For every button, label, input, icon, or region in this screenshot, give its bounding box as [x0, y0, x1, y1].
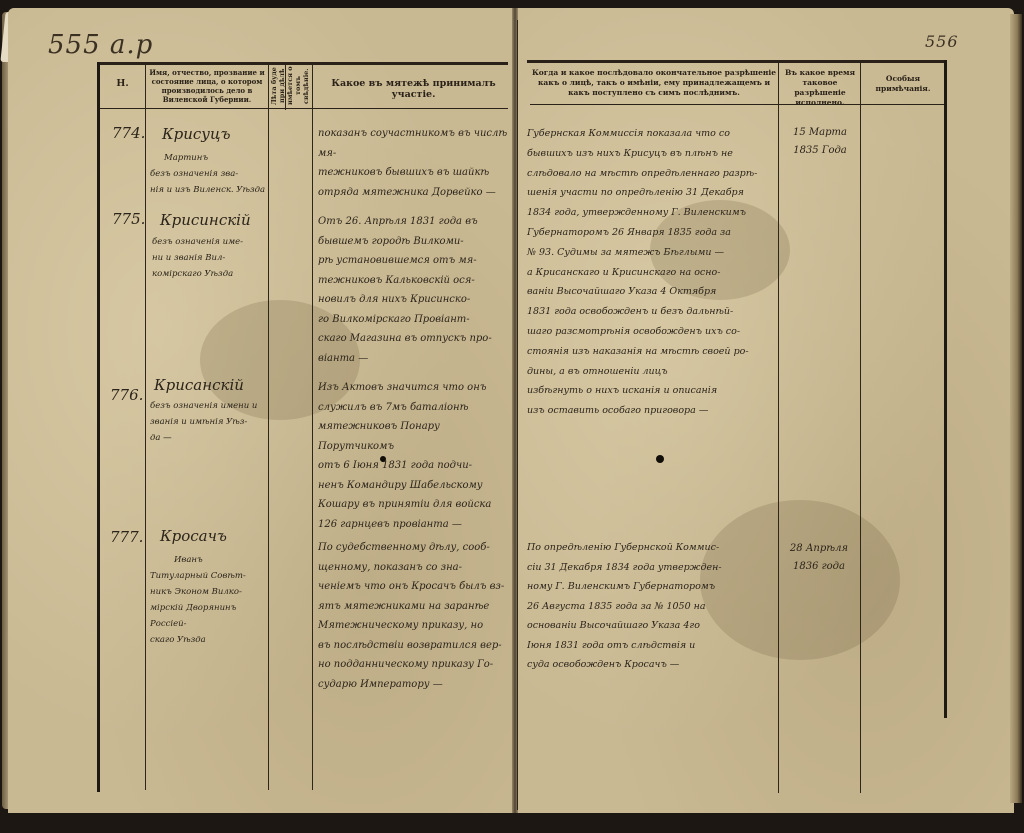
detail-line: званія и имѣнія Уѣз- [150, 414, 268, 430]
entry-name: Крисуцъ [162, 124, 230, 144]
header-resolution: Когда и какое послѣдовало окончательное … [530, 68, 778, 98]
text-line: Кошару въ принятіи для войска [318, 495, 513, 515]
folio-number-right: 556 [925, 32, 959, 51]
text-line: избѣгнуть о нихъ исканія и описанія [527, 381, 777, 401]
text-line: Мятежническому приказу, но [318, 616, 513, 636]
entry-participation: Отъ 26. Апрѣля 1831 года въ бывшемъ горо… [318, 212, 513, 368]
text-line: 26 Августа 1835 года за № 1050 на [527, 597, 777, 617]
entry-name: Крисанскій [154, 375, 244, 395]
text-line: новилъ для нихъ Крисинско- [318, 290, 513, 310]
text-line: шаго разсмотрѣнія освобожденъ ихъ со- [527, 322, 777, 342]
text-line: ненъ Командиру Шабельскому [318, 476, 513, 496]
detail-line: никъ Эконом Вилко- [150, 584, 268, 600]
entry-participation: показанъ соучастникомъ въ числѣ мя- тежн… [318, 124, 513, 202]
entry-number: 775. [112, 210, 145, 230]
detail-line: Иванъ [150, 552, 268, 568]
right-table-border [944, 60, 947, 718]
text-line: шенія участи по опредѣленію 31 Декабря [527, 183, 777, 203]
text-line: изъ оставить особаго приговора — [527, 401, 777, 421]
entry-name-details: Мартинъ безъ означенія зва- нія и изъ Ви… [150, 150, 268, 198]
detail-line: Титуларный Совѣт- [150, 568, 268, 584]
column-divider [860, 63, 861, 793]
text-line: 1834 года, утвержденному Г. Виленскимъ [527, 203, 777, 223]
folio-number-left: 555 а.р [48, 30, 153, 60]
text-line: щенному, показанъ со зна- [318, 558, 513, 578]
text-line: служилъ въ 7мъ баталіонѣ [318, 398, 513, 418]
ink-spot [380, 456, 386, 462]
date-line: 1835 Года [782, 142, 858, 160]
text-line: показанъ соучастникомъ въ числѣ мя- [318, 124, 513, 163]
entry-resolution: Губернская Коммиссія показала что со быв… [527, 124, 777, 421]
spine-line [517, 20, 518, 810]
detail-line: ни и званія Вил- [152, 250, 268, 266]
header-notes: Особыя примѣчанія. [862, 74, 944, 94]
text-line: 126 гарнцевъ провіанта — [318, 515, 513, 535]
entry-executed: 15 Марта 1835 Года [782, 124, 858, 160]
text-line: скаго Магазина въ отпускъ про- [318, 329, 513, 349]
detail-line: безъ означенія имени и [150, 398, 268, 414]
date-line: 1836 года [780, 558, 858, 576]
text-line: но подданническому приказу Го- [318, 655, 513, 675]
text-line: Іюня 1831 года отъ слѣдствія и [527, 636, 777, 656]
entry-name: Кросачъ [160, 526, 227, 546]
header-presence: Лѣта буде при дѣлѣ имѣется о томъ свѣдѣн… [270, 66, 284, 106]
detail-line: нія и изъ Виленск. Уѣзда [150, 182, 268, 198]
text-line: Изъ Актовъ значится что онъ [318, 378, 513, 398]
text-line: По судебственному дѣлу, сооб- [318, 538, 513, 558]
header-executed: Въ какое время таковое разрѣшеніе исполн… [780, 68, 860, 108]
text-line: въ послѣдствіи возвратился вер- [318, 636, 513, 656]
detail-line: Мартинъ [150, 150, 268, 166]
header-top-rule-left [100, 62, 508, 65]
text-line: сіи 31 Декабря 1834 года утвержден- [527, 558, 777, 578]
column-divider [268, 65, 269, 790]
book-edge-right [1010, 14, 1022, 803]
entry-name-details: Иванъ Титуларный Совѣт- никъ Эконом Вилк… [150, 552, 268, 648]
column-divider [778, 63, 779, 793]
text-line: основаніи Высочайшаго Указа 4го [527, 616, 777, 636]
entry-participation: По судебственному дѣлу, сооб- щенному, п… [318, 538, 513, 694]
column-divider [312, 65, 313, 790]
text-line: дины, а въ отношеніи лицъ [527, 362, 777, 382]
text-line: ваніи Высочайшаго Указа 4 Октября [527, 282, 777, 302]
text-line: ченіемъ что онъ Кросачъ былъ вз- [318, 577, 513, 597]
entry-participation: Изъ Актовъ значится что онъ служилъ въ 7… [318, 378, 513, 534]
entry-executed: 28 Апрѣля 1836 года [780, 540, 858, 576]
text-line: 1831 года освобожденъ и безъ дальнѣй- [527, 302, 777, 322]
text-line: сударю Императору — [318, 675, 513, 695]
text-line: суда освобожденъ Кросачъ — [527, 655, 777, 675]
text-line: По опредѣленію Губернской Коммис- [527, 538, 777, 558]
text-line: ятъ мятежниками на заранѣе [318, 597, 513, 617]
ink-spot [656, 455, 664, 463]
header-name: Имя, отчество, прозвание и состояние лиц… [147, 68, 267, 104]
detail-line: безъ означенія име- [152, 234, 268, 250]
entry-name-details: безъ означенія име- ни и званія Вил- ком… [152, 234, 268, 282]
header-bottom-rule-left [100, 108, 508, 109]
text-line: го Вилкомірскаго Провіант- [318, 310, 513, 330]
date-line: 28 Апрѣля [780, 540, 858, 558]
detail-line: безъ означенія зва- [150, 166, 268, 182]
text-line: тежниковъ Кальковскій ося- [318, 271, 513, 291]
header-bottom-rule-right [530, 104, 945, 105]
text-line: стоянія изъ наказанія на мѣстѣ своей ро- [527, 342, 777, 362]
entry-name: Крисинскій [160, 210, 251, 230]
text-line: бывшихъ изъ нихъ Крисуцъ въ плѣнъ не [527, 144, 777, 164]
text-line: бывшемъ городѣ Вилкоми- [318, 232, 513, 252]
text-line: отряда мятежника Дорвейко — [318, 183, 513, 203]
text-line: Губернская Коммиссія показала что со [527, 124, 777, 144]
date-line: 15 Марта [782, 124, 858, 142]
header-top-rule-right [527, 60, 947, 63]
entry-resolution: По опредѣленію Губернской Коммис- сіи 31… [527, 538, 777, 675]
entry-number: 776. [110, 386, 143, 406]
detail-line: комірскаго Уѣзда [152, 266, 268, 282]
entry-number: 777. [110, 528, 143, 548]
detail-line: мірскій Дворянинъ Россіей- [150, 600, 268, 632]
text-line: рѣ установившемся отъ мя- [318, 251, 513, 271]
text-line: мятежниковъ Понару Порутчикомъ [318, 417, 513, 456]
text-line: Губернаторомъ 26 Января 1835 года за [527, 223, 777, 243]
text-line: тежниковъ бывшихъ въ шайкѣ [318, 163, 513, 183]
text-line: слѣдовало на мѣстѣ опредѣленнаго разрѣ- [527, 164, 777, 184]
header-number: Н. [100, 78, 145, 89]
entry-name-details: безъ означенія имени и званія и имѣнія У… [150, 398, 268, 446]
text-line: № 93. Судимы за мятежъ Бѣглыми — [527, 243, 777, 263]
header-participation: Какое въ мятежѣ принималъ участіе. [316, 78, 511, 100]
column-divider [145, 65, 146, 790]
text-line: ному Г. Виленскимъ Губернаторомъ [527, 577, 777, 597]
detail-line: скаго Уѣзда [150, 632, 268, 648]
detail-line: да — [150, 430, 268, 446]
left-table-border [97, 62, 100, 792]
text-line: отъ 6 Іюня 1831 года подчи- [318, 456, 513, 476]
text-line: віанта — [318, 349, 513, 369]
text-line: а Крисанскаго и Крисинскаго на осно- [527, 263, 777, 283]
text-line: Отъ 26. Апрѣля 1831 года въ [318, 212, 513, 232]
entry-number: 774. [112, 124, 145, 144]
